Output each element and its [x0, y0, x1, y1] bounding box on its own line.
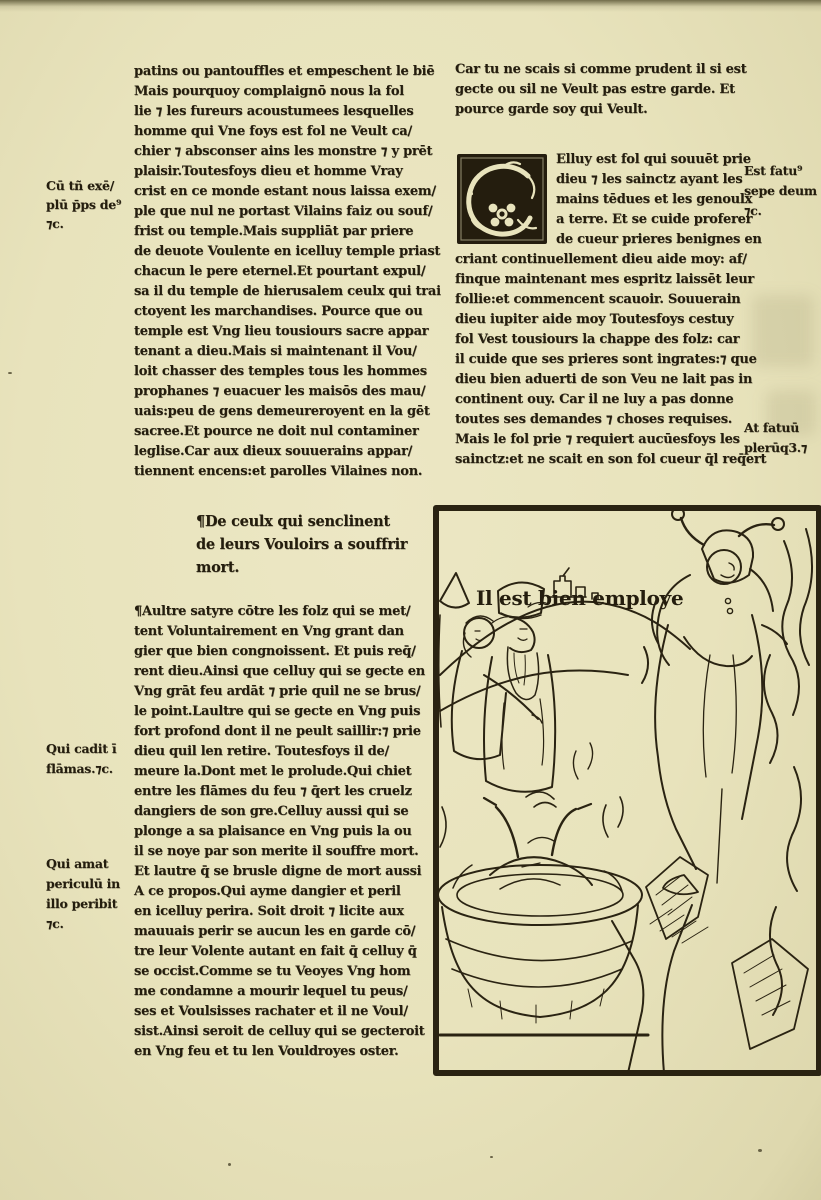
text-line: toutes ses demandes ⁊ choses requises.: [455, 410, 766, 430]
text-line: il cuide que ses prieres sont ingrates:⁊…: [455, 350, 766, 370]
text-line: mains tēdues et les genoulx: [556, 190, 762, 210]
text-line: fort profond dont il ne peult saillir:⁊ …: [134, 722, 425, 742]
fool-figure: [650, 508, 787, 943]
text-line: dangiers de son gre.Celluy aussi qui se: [134, 802, 425, 822]
woodcut-caption: Il est bien employe: [476, 586, 683, 610]
text-line: prophanes ⁊ euacuer les maisōs des mau/: [134, 382, 441, 402]
text-line: mauuais perir se aucun les en garde cō/: [134, 922, 425, 942]
text-line: loit chasser des temples tous les hommes: [134, 362, 441, 382]
text-line: sist.Ainsi seroit de celluy qui se gecte…: [134, 1022, 425, 1042]
text-line: Qui cadit ī: [46, 739, 116, 759]
text-column-right-body: criant continuellement dieu aide moy: af…: [455, 250, 766, 470]
text-line: gecte ou sil ne Veult pas estre garde. E…: [455, 80, 747, 100]
text-line: frist ou temple.Mais suppliāt par priere: [134, 222, 441, 242]
text-line: dieu bien aduerti de son Veu ne lait pas…: [455, 370, 766, 390]
ink-speck: [228, 1163, 231, 1166]
book-page-scan: Cū tñ exē/plū p̄ps de⁹⁊c. Qui cadit īflā…: [0, 0, 821, 1200]
text-line: ses et Voulsisses rachater et il ne Voul…: [134, 1002, 425, 1022]
margin-note-latin: Cū tñ exē/plū p̄ps de⁹⁊c.: [46, 176, 121, 233]
ink-speck: [758, 1149, 762, 1152]
text-line: dieu ⁊ les sainctz ayant les: [556, 170, 762, 190]
text-line: follie:et commencent scauoir. Souuerain: [455, 290, 766, 310]
text-line: tiennent encens:et parolles Vilaines non…: [134, 462, 441, 482]
text-line: uais:peu de gens demeureroyent en la gēt: [134, 402, 441, 422]
text-line: se occist.Comme se tu Veoyes Vng hom: [134, 962, 425, 982]
text-line: le point.Laultre qui se gecte en Vng pui…: [134, 702, 425, 722]
text-line: finque maintenant mes espritz laissēt le…: [455, 270, 766, 290]
scan-top-edge: [0, 0, 821, 12]
falling-fool: [453, 798, 622, 891]
text-line: en icelluy perira. Soit droit ⁊ licite a…: [134, 902, 425, 922]
text-line: rent dieu.Ainsi que celluy qui se gecte …: [134, 662, 425, 682]
ink-speck: [490, 1156, 493, 1158]
text-line: de leurs Vouloirs a souffrir: [196, 533, 407, 556]
text-line: en Vng feu et tu len Vouldroyes oster.: [134, 1042, 425, 1062]
text-line: leglise.Car aux dieux souuerains appar/: [134, 442, 441, 462]
text-line: fol Vest tousiours la chappe des folz: c…: [455, 330, 766, 350]
text-line: ple que nul ne portast Vilains faiz ou s…: [134, 202, 441, 222]
text-line: plonge a sa plaisance en Vng puis la ou: [134, 822, 425, 842]
text-line: sacree.Et pource ne doit nul contaminer: [134, 422, 441, 442]
text-line: plū p̄ps de⁹: [46, 195, 121, 214]
woodcut-illustration: Il est bien employe: [432, 503, 821, 1080]
text-line: tenant a dieu.Mais si maintenant il Vou/: [134, 342, 441, 362]
text-line: lie ⁊ les fureurs acoustumees lesquelles: [134, 102, 441, 122]
text-line: continent ouy. Car il ne luy a pas donne: [455, 390, 766, 410]
text-line: dieu iupiter aide moy Toutesfoys cestuy: [455, 310, 766, 330]
text-line: criant continuellement dieu aide moy: af…: [455, 250, 766, 270]
text-line: Vng grāt feu ardāt ⁊ prie quil ne se bru…: [134, 682, 425, 702]
text-line: Mais pourquoy complaignō nous la fol: [134, 82, 441, 102]
text-line: pource garde soy qui Veult.: [455, 100, 747, 120]
text-line: homme qui Vne foys est fol ne Veult ca/: [134, 122, 441, 142]
text-line: Mais le fol prie ⁊ requiert aucūesfoys l…: [455, 430, 766, 450]
decorated-initial-woodcut: [456, 152, 548, 246]
decorated-initial: [456, 152, 548, 246]
text-line: il se noye par son merite il souffre mor…: [134, 842, 425, 862]
text-line: ctoyent les marchandises. Pource que ou: [134, 302, 441, 322]
text-line: ¶De ceulx qui senclinent: [196, 510, 407, 533]
text-line: Car tu ne scais si comme prudent il si e…: [455, 60, 747, 80]
text-line: me condamne a mourir lequel tu peus/: [134, 982, 425, 1002]
text-line: illo peribit: [46, 894, 120, 914]
text-line: Cū tñ exē/: [46, 176, 121, 195]
text-line: patins ou pantouffles et empeschent le b…: [134, 62, 441, 82]
text-line: meure la.Dont met le prolude.Qui chiet: [134, 762, 425, 782]
text-line: Et lautre q̄ se brusle digne de mort aus…: [134, 862, 425, 882]
text-line: de cueur prieres benignes en: [556, 230, 762, 250]
text-column-left-top: patins ou pantouffles et empeschent le b…: [134, 62, 441, 482]
text-line: crist en ce monde estant nous laissa exe…: [134, 182, 441, 202]
text-line: ⁊c.: [46, 214, 121, 233]
well: [438, 863, 648, 1035]
text-line: de deuote Voulente en icelluy temple pri…: [134, 242, 441, 262]
text-line: periculū in: [46, 874, 120, 894]
text-line: Elluy est fol qui souuēt prie: [556, 150, 762, 170]
text-line: Qui amat: [46, 854, 120, 874]
text-column-right-top: Car tu ne scais si comme prudent il si e…: [455, 60, 747, 120]
drop-cap-indented-lines: Elluy est fol qui souuēt priedieu ⁊ les …: [556, 150, 762, 250]
text-line: chacun le pere eternel.Et pourtant expul…: [134, 262, 441, 282]
text-column-left-bottom: ¶Aultre satyre cōtre les folz qui se met…: [134, 602, 425, 1062]
text-line: chier ⁊ absconser ains les monstre ⁊ y p…: [134, 142, 441, 162]
ink-speck: [8, 372, 12, 374]
text-line: sainctz:et ne scait en son fol cueur q̄l…: [455, 450, 766, 470]
text-line: A ce propos.Qui ayme dangier et peril: [134, 882, 425, 902]
text-line: flāmas.⁊c.: [46, 759, 116, 779]
text-line: ¶Aultre satyre cōtre les folz qui se met…: [134, 602, 425, 622]
text-line: tre leur Volente autant en fait q̄ cellu…: [134, 942, 425, 962]
text-line: entre les flāmes du feu ⁊ q̄ert les crue…: [134, 782, 425, 802]
text-line: sa il du temple de hierusalem ceulx qui …: [134, 282, 441, 302]
text-line: mort.: [196, 556, 407, 579]
margin-note-latin: Qui amatpericulū inillo peribit⁊c.: [46, 854, 120, 934]
margin-note-latin: Qui cadit īflāmas.⁊c.: [46, 739, 116, 779]
text-line: a terre. Et se cuide proferer: [556, 210, 762, 230]
text-line: temple est Vng lieu tousiours sacre appa…: [134, 322, 441, 342]
text-line: dieu quil len retire. Toutesfoys il de/: [134, 742, 425, 762]
text-line: ⁊c.: [46, 914, 120, 934]
text-line: plaisir.Toutesfoys dieu et homme Vray: [134, 162, 441, 182]
text-line: tent Voluntairement en Vng grant dan: [134, 622, 425, 642]
text-line: gier que bien congnoissent. Et puis req̄…: [134, 642, 425, 662]
chapter-heading: ¶De ceulx qui senclinentde leurs Vouloir…: [196, 510, 407, 579]
